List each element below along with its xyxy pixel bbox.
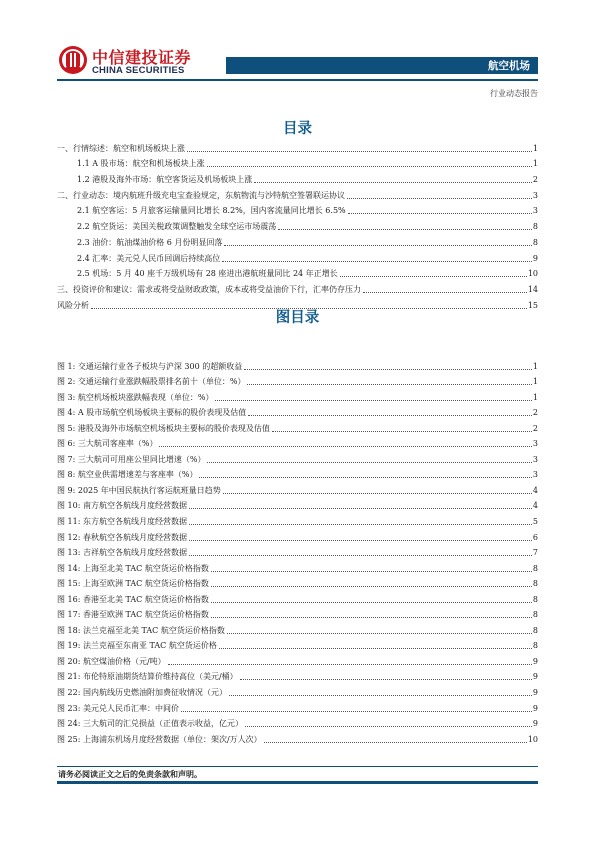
toc-entry-page-number[interactable]: 8: [533, 222, 538, 232]
figure-entry-label[interactable]: 图 22: 国内航线历史燃油附加费征收情况（元）: [57, 688, 227, 698]
figure-entry[interactable]: 图 23: 美元兑人民币汇率：中间价9: [57, 698, 538, 714]
toc-entry[interactable]: 2.3 油价：航油煤油价格 6 月份明显回落8: [57, 232, 538, 248]
toc-entry-page-number[interactable]: 14: [528, 285, 538, 295]
figure-entry[interactable]: 图 20: 航空煤油价格（元/吨）9: [57, 651, 538, 667]
dot-leader: [168, 664, 532, 665]
figure-entry-page-number[interactable]: 8: [533, 641, 538, 651]
figure-entry-label[interactable]: 图 4: A 股市场航空机场板块主要标的股价表现及估值: [57, 408, 246, 418]
toc-entry[interactable]: 2.1 航空客运：5 月旅客运输量同比增长 8.2%，国内客流量同比增长 6.5…: [57, 201, 538, 217]
dot-leader: [254, 182, 532, 183]
figure-list-title: 图目录: [0, 306, 595, 327]
figure-entry[interactable]: 图 11: 东方航空各航线月度经营数据5: [57, 511, 538, 527]
dot-leader: [247, 384, 531, 385]
toc-entry-label[interactable]: 1.2 港股及海外市场：航空客货运及机场板块上涨: [77, 175, 252, 185]
dot-leader: [211, 571, 532, 572]
table-of-contents: 一、行情综述：航空和机场板块上涨11.1 A 股市场：航空和机场板块上涨11.2…: [57, 138, 538, 311]
dot-leader: [248, 415, 532, 416]
figure-entry-page-number[interactable]: 10: [528, 735, 538, 745]
dot-leader: [181, 711, 532, 712]
figure-entry[interactable]: 图 14: 上海至北美 TAC 航空货运价格指数8: [57, 558, 538, 574]
figure-entry[interactable]: 图 19: 法兰克福至东南亚 TAC 航空货运价格8: [57, 636, 538, 652]
toc-entry[interactable]: 1.1 A 股市场：航空和机场板块上涨1: [57, 154, 538, 170]
toc-entry-page-number[interactable]: 2: [533, 175, 538, 185]
sector-banner: 航空机场: [226, 57, 538, 74]
figure-entry-page-number[interactable]: 7: [533, 548, 538, 558]
toc-entry-label[interactable]: 2.4 汇率：美元兑人民币回调后持续高位: [77, 254, 220, 264]
figure-entry-label[interactable]: 图 21: 布伦特原油期货结算价维持高位（美元/桶）: [57, 672, 238, 682]
dot-leader: [215, 400, 531, 401]
figure-entry-page-number[interactable]: 1: [533, 362, 538, 372]
figure-entry-page-number[interactable]: 5: [533, 517, 538, 527]
figure-entry[interactable]: 图 7: 三大航司可用座公里同比增速（%）3: [57, 449, 538, 465]
figure-entry-label[interactable]: 图 11: 东方航空各航线月度经营数据: [57, 517, 187, 527]
toc-entry[interactable]: 二、行业动态：境内航班升级充电宝查验规定，东航物流与沙特航空签署联运协议3: [57, 185, 538, 201]
logo-english-name: CHINA SECURITIES: [92, 65, 185, 76]
toc-entry-label[interactable]: 三、投资评价和建议：需求或将受益财政政策，成本或将受益油价下行，汇率仍存压力: [57, 285, 361, 295]
figure-entry[interactable]: 图 10: 南方航空各航线月度经营数据4: [57, 496, 538, 512]
footer-divider: [57, 766, 538, 767]
toc-entry-label[interactable]: 2.2 航空货运：美国关税政策调整触发全球空运市场震荡: [77, 222, 276, 232]
figure-entry-label[interactable]: 图 23: 美元兑人民币汇率：中间价: [57, 704, 179, 714]
dot-leader: [211, 602, 532, 603]
figure-entry-page-number[interactable]: 6: [533, 533, 538, 543]
figure-entry-page-number[interactable]: 2: [533, 408, 538, 418]
figure-entry-page-number[interactable]: 4: [533, 486, 538, 496]
dot-leader: [340, 276, 527, 277]
dot-leader: [244, 369, 532, 370]
toc-entry[interactable]: 1.2 港股及海外市场：航空客货运及机场板块上涨2: [57, 169, 538, 185]
disclaimer-text: 请务必阅读正文之后的免责条款和声明。: [58, 769, 202, 780]
figure-entry[interactable]: 图 24: 三大航司的汇兑损益（正值表示收益，亿元）9: [57, 714, 538, 730]
figure-entry-label[interactable]: 图 12: 春秋航空各航线月度经营数据: [57, 533, 187, 543]
sector-label: 航空机场: [488, 58, 530, 73]
toc-entry-page-number[interactable]: 9: [533, 254, 538, 264]
figure-entry-label[interactable]: 图 19: 法兰克福至东南亚 TAC 航空货运价格: [57, 641, 217, 651]
toc-entry-page-number[interactable]: 3: [533, 206, 538, 216]
figure-entry-label[interactable]: 图 17: 香港至欧洲 TAC 航空货运价格指数: [57, 610, 209, 620]
figure-entry[interactable]: 图 18: 法兰克福至北美 TAC 航空货运价格指数8: [57, 620, 538, 636]
figure-entry-page-number[interactable]: 9: [533, 719, 538, 729]
figure-entry-label[interactable]: 图 2: 交通运输行业涨跌幅股票排名前十（单位：%）: [57, 377, 245, 387]
dot-leader: [229, 695, 532, 696]
dot-leader: [222, 261, 532, 262]
figure-entry-page-number[interactable]: 8: [533, 564, 538, 574]
figure-entry-page-number[interactable]: 8: [533, 610, 538, 620]
footer-bar: [57, 781, 538, 784]
dot-leader: [245, 726, 532, 727]
figure-entry-label[interactable]: 图 25: 上海浦东机场月度经营数据（单位：架次/万人次）: [57, 735, 262, 745]
figure-entry-label[interactable]: 图 14: 上海至北美 TAC 航空货运价格指数: [57, 564, 209, 574]
toc-entry[interactable]: 一、行情综述：航空和机场板块上涨1: [57, 138, 538, 154]
figure-entry-label[interactable]: 图 20: 航空煤油价格（元/吨）: [57, 657, 166, 667]
figure-entry-label[interactable]: 图 16: 香港至北美 TAC 航空货运价格指数: [57, 595, 209, 605]
dot-leader: [187, 151, 532, 152]
toc-entry-page-number[interactable]: 10: [528, 269, 538, 279]
dot-leader: [227, 633, 532, 634]
figure-entry-page-number[interactable]: 8: [533, 579, 538, 589]
figure-entry[interactable]: 图 3: 航空机场板块涨跌幅表现（单位：%）1: [57, 387, 538, 403]
figure-entry[interactable]: 图 13: 吉祥航空各航线月度经营数据7: [57, 543, 538, 559]
dot-leader: [223, 493, 532, 494]
figure-entry-label[interactable]: 图 7: 三大航司可用座公里同比增速（%）: [57, 455, 205, 465]
figure-entry[interactable]: 图 8: 航空业供需增速差与客座率（%）3: [57, 465, 538, 481]
toc-entry[interactable]: 三、投资评价和建议：需求或将受益财政政策，成本或将受益油价下行，汇率仍存压力14: [57, 279, 538, 295]
toc-entry-label[interactable]: 1.1 A 股市场：航空和机场板块上涨: [77, 159, 205, 169]
figure-entry[interactable]: 图 1: 交通运输行业各子板块与沪深 300 的超额收益1: [57, 356, 538, 372]
dot-leader: [189, 555, 532, 556]
figure-entry[interactable]: 图 25: 上海浦东机场月度经营数据（单位：架次/万人次）10: [57, 729, 538, 745]
figure-entry-label[interactable]: 图 24: 三大航司的汇兑损益（正值表示收益，亿元）: [57, 719, 243, 729]
figure-entry-page-number[interactable]: 4: [533, 501, 538, 511]
dot-leader: [207, 462, 531, 463]
toc-entry-label[interactable]: 一、行情综述：航空和机场板块上涨: [57, 144, 185, 154]
figure-entry-page-number[interactable]: 9: [533, 704, 538, 714]
figure-entry[interactable]: 图 2: 交通运输行业涨跌幅股票排名前十（单位：%）1: [57, 372, 538, 388]
dot-leader: [219, 648, 532, 649]
figure-entry-label[interactable]: 图 1: 交通运输行业各子板块与沪深 300 的超额收益: [57, 362, 242, 372]
toc-entry-page-number[interactable]: 1: [533, 144, 538, 154]
toc-entry-page-number[interactable]: 3: [533, 191, 538, 201]
toc-entry[interactable]: 2.4 汇率：美元兑人民币回调后持续高位9: [57, 248, 538, 264]
figure-entry-page-number[interactable]: 8: [533, 626, 538, 636]
figure-list: 图 1: 交通运输行业各子板块与沪深 300 的超额收益1图 2: 交通运输行业…: [57, 356, 538, 745]
figure-entry[interactable]: 图 9: 2025 年中国民航执行客运航班量日趋势4: [57, 480, 538, 496]
company-logo: 中信建投证券 CHINA SECURITIES: [59, 44, 189, 78]
figure-entry[interactable]: 图 5: 港股及海外市场航空机场板块主要标的股价表现及估值2: [57, 418, 538, 434]
figure-entry-label[interactable]: 图 3: 航空机场板块涨跌幅表现（单位：%）: [57, 393, 213, 403]
figure-entry[interactable]: 图 4: A 股市场航空机场板块主要标的股价表现及估值2: [57, 403, 538, 419]
dot-leader: [207, 166, 532, 167]
figure-entry-label[interactable]: 图 10: 南方航空各航线月度经营数据: [57, 501, 187, 511]
figure-entry-label[interactable]: 图 9: 2025 年中国民航执行客运航班量日趋势: [57, 486, 221, 496]
figure-entry[interactable]: 图 15: 上海至欧洲 TAC 航空货运价格指数8: [57, 574, 538, 590]
dot-leader: [264, 742, 527, 743]
dot-leader: [211, 617, 532, 618]
dot-leader: [363, 292, 527, 293]
toc-entry-label[interactable]: 2.1 航空客运：5 月旅客运输量同比增长 8.2%，国内客流量同比增长 6.5…: [77, 206, 346, 216]
figure-entry-label[interactable]: 图 13: 吉祥航空各航线月度经营数据: [57, 548, 187, 558]
toc-title: 目录: [0, 117, 595, 138]
figure-entry-label[interactable]: 图 6: 三大航司客座率（%）: [57, 439, 157, 449]
figure-entry-label[interactable]: 图 8: 航空业供需增速差与客座率（%）: [57, 470, 197, 480]
toc-entry-page-number[interactable]: 1: [533, 159, 538, 169]
dot-leader: [189, 508, 532, 509]
figure-entry-page-number[interactable]: 9: [533, 672, 538, 682]
figure-entry-label[interactable]: 图 5: 港股及海外市场航空机场板块主要标的股价表现及估值: [57, 424, 270, 434]
dot-leader: [159, 446, 531, 447]
dot-leader: [272, 431, 532, 432]
figure-entry-page-number[interactable]: 9: [533, 688, 538, 698]
dot-leader: [348, 213, 532, 214]
figure-entry-page-number[interactable]: 3: [533, 470, 538, 480]
toc-entry[interactable]: 2.5 机场：5 月 40 座千万级机场有 28 座进出港航班量同比 24 年正…: [57, 264, 538, 280]
figure-entry-page-number[interactable]: 9: [533, 657, 538, 667]
figure-entry[interactable]: 图 21: 布伦特原油期货结算价维持高位（美元/桶）9: [57, 667, 538, 683]
toc-entry-label[interactable]: 二、行业动态：境内航班升级充电宝查验规定，东航物流与沙特航空签署联运协议: [57, 191, 345, 201]
dot-leader: [189, 524, 532, 525]
figure-entry[interactable]: 图 6: 三大航司客座率（%）3: [57, 434, 538, 450]
toc-entry-label[interactable]: 2.5 机场：5 月 40 座千万级机场有 28 座进出港航班量同比 24 年正…: [77, 269, 338, 279]
dot-leader: [240, 679, 532, 680]
figure-entry-page-number[interactable]: 1: [533, 393, 538, 403]
figure-entry-page-number[interactable]: 2: [533, 424, 538, 434]
figure-entry[interactable]: 图 17: 香港至欧洲 TAC 航空货运价格指数8: [57, 605, 538, 621]
toc-entry-label[interactable]: 2.3 油价：航油煤油价格 6 月份明显回落: [77, 238, 222, 248]
dot-leader: [199, 477, 531, 478]
figure-entry-page-number[interactable]: 1: [533, 377, 538, 387]
toc-entry-page-number[interactable]: 8: [533, 238, 538, 248]
dot-leader: [224, 245, 531, 246]
figure-entry[interactable]: 图 12: 春秋航空各航线月度经营数据6: [57, 527, 538, 543]
header-divider: [57, 79, 538, 81]
figure-entry-label[interactable]: 图 18: 法兰克福至北美 TAC 航空货运价格指数: [57, 626, 225, 636]
dot-leader: [211, 586, 532, 587]
figure-entry-page-number[interactable]: 3: [533, 455, 538, 465]
report-type: 行业动态报告: [490, 88, 538, 99]
toc-entry[interactable]: 2.2 航空货运：美国关税政策调整触发全球空运市场震荡8: [57, 216, 538, 232]
figure-entry[interactable]: 图 22: 国内航线历史燃油附加费征收情况（元）9: [57, 682, 538, 698]
figure-entry-page-number[interactable]: 3: [533, 439, 538, 449]
dot-leader: [189, 540, 532, 541]
citic-logo-icon: [59, 46, 87, 74]
figure-entry-page-number[interactable]: 8: [533, 595, 538, 605]
figure-entry[interactable]: 图 16: 香港至北美 TAC 航空货运价格指数8: [57, 589, 538, 605]
dot-leader: [278, 229, 532, 230]
figure-entry-label[interactable]: 图 15: 上海至欧洲 TAC 航空货运价格指数: [57, 579, 209, 589]
dot-leader: [347, 198, 532, 199]
